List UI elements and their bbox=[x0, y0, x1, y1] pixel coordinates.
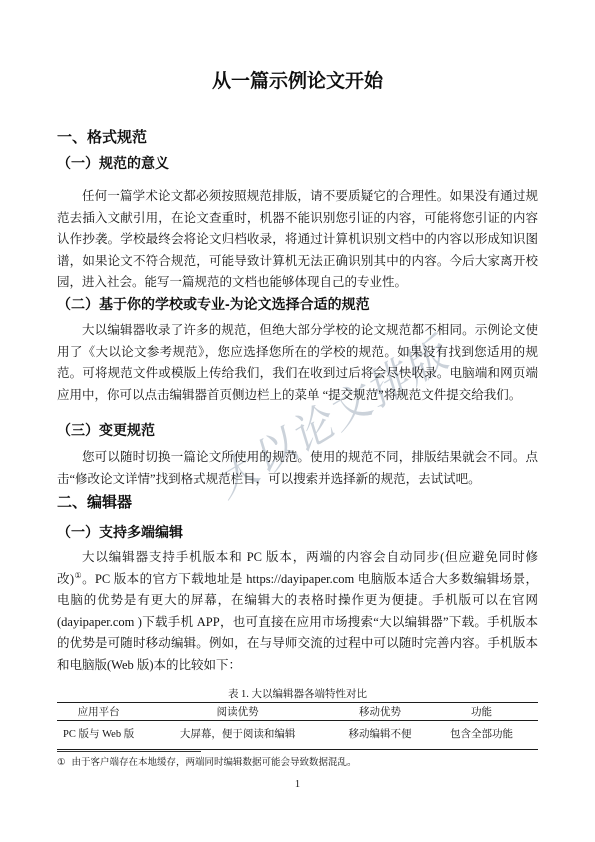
footnote: ①由于客户端存在本地缓存，两端同时编辑数据可能会导致数据混乱。 bbox=[57, 757, 538, 770]
column-header-mobility: 移动优势 bbox=[335, 703, 425, 721]
document-page: 大以论文排版 从一篇示例论文开始 一、格式规范 （一）规范的意义 任何一篇学术论… bbox=[0, 0, 595, 842]
paragraph-text: 。PC 版本的官方下载地址是 https://dayipaper.com 电脑版… bbox=[57, 572, 538, 672]
column-header-reading: 阅读优势 bbox=[140, 703, 335, 721]
cell-reading: 大屏幕，便于阅读和编辑 bbox=[140, 721, 335, 750]
heading-format-specs: 一、格式规范 bbox=[57, 128, 538, 147]
feature-comparison-table: 应用平台 阅读优势 移动优势 功能 PC 版与 Web 版 大屏幕，便于阅读和编… bbox=[57, 702, 538, 750]
footnote-reference-mark: ① bbox=[74, 570, 82, 579]
page-title: 从一篇示例论文开始 bbox=[57, 69, 538, 95]
cell-platform: PC 版与 Web 版 bbox=[57, 721, 140, 750]
cell-features: 包含全部功能 bbox=[425, 721, 538, 750]
paragraph-change-spec: 您可以随时切换一篇论文所使用的规范。使用的规范不同，排版结果就会不同。点击“修改… bbox=[57, 447, 538, 490]
paragraph-choose-spec: 大以编辑器收录了许多的规范，但绝大部分学校的论文规范都不相同。示例论文使用了《大… bbox=[57, 320, 538, 406]
heading-choose-spec: （二）基于你的学校或专业-为论文选择合适的规范 bbox=[57, 295, 538, 313]
cell-mobility: 移动编辑不便 bbox=[335, 721, 425, 750]
paragraph-multi-device: 大以编辑器支持手机版本和 PC 版本，两端的内容会自动同步(但应避免同时修改)①… bbox=[57, 547, 538, 676]
heading-multi-device: （一）支持多端编辑 bbox=[57, 523, 538, 541]
table-caption: 表 1. 大以编辑器各端特性对比 bbox=[57, 686, 538, 701]
column-header-features: 功能 bbox=[425, 703, 538, 721]
content-layer: 从一篇示例论文开始 一、格式规范 （一）规范的意义 任何一篇学术论文都必须按照规… bbox=[0, 0, 595, 842]
footnote-marker: ① bbox=[57, 758, 66, 768]
footnote-separator bbox=[57, 751, 201, 752]
heading-change-spec: （三）变更规范 bbox=[57, 421, 538, 439]
table-row: PC 版与 Web 版 大屏幕，便于阅读和编辑 移动编辑不便 包含全部功能 bbox=[57, 721, 538, 750]
paragraph-spec-meaning: 任何一篇学术论文都必须按照规范排版，请不要质疑它的合理性。如果没有通过规范去插入… bbox=[57, 186, 538, 294]
heading-spec-meaning: （一）规范的意义 bbox=[57, 154, 538, 172]
heading-editor: 二、编辑器 bbox=[57, 493, 538, 512]
column-header-platform: 应用平台 bbox=[57, 703, 140, 721]
footnote-text: 由于客户端存在本地缓存，两端同时编辑数据可能会导致数据混乱。 bbox=[72, 758, 357, 768]
page-number: 1 bbox=[0, 779, 595, 790]
table-header-row: 应用平台 阅读优势 移动优势 功能 bbox=[57, 703, 538, 721]
